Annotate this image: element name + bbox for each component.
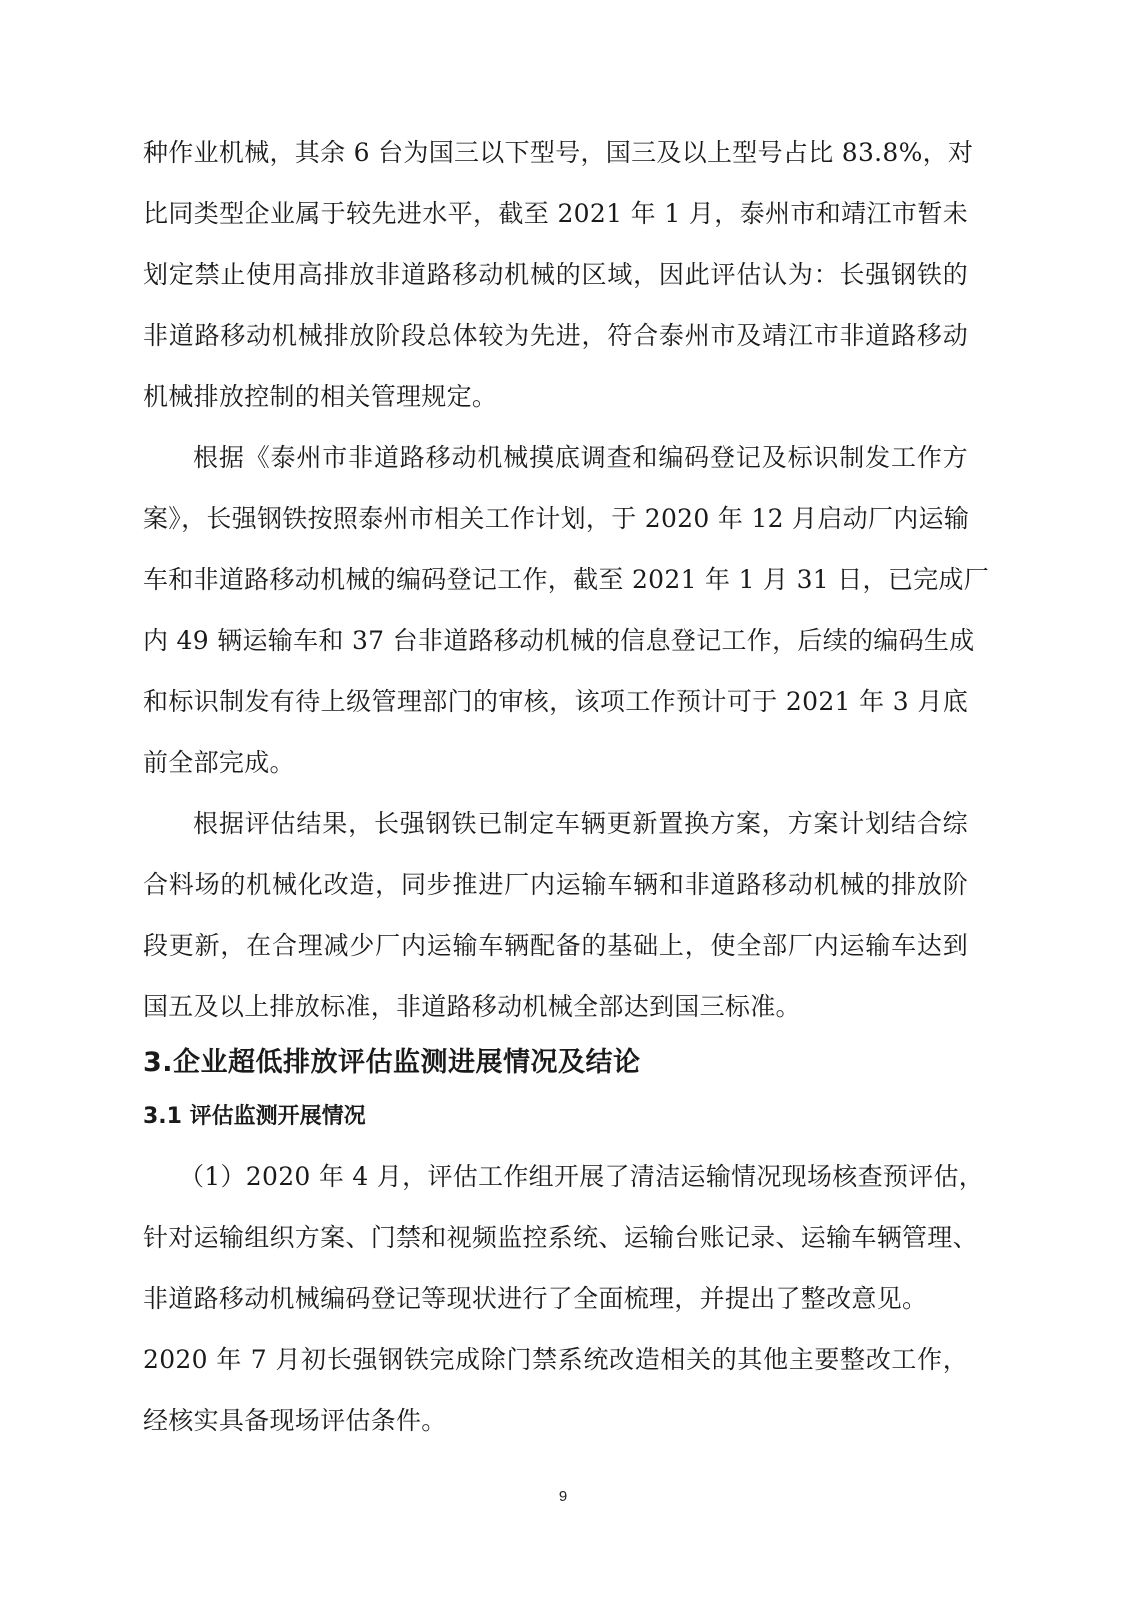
paragraph-line: 根据评估结果，长强钢铁已制定车辆更新置换方案，方案计划结合综	[193, 809, 968, 839]
paragraph-line: 非道路移动机械排放阶段总体较为先进，符合泰州市及靖江市非道路移动	[143, 321, 968, 351]
paragraph-line: 国五及以上排放标准，非道路移动机械全部达到国三标准。	[143, 992, 801, 1022]
paragraph-line: 针对运输组织方案、门禁和视频监控系统、运输台账记录、运输车辆管理、	[143, 1223, 968, 1253]
paragraph-line: 经核实具备现场评估条件。	[143, 1406, 447, 1436]
document-page: 种作业机械，其余 6 台为国三以下型号，国三及以上型号占比 83.8%，对 比同…	[0, 0, 1126, 1600]
paragraph-line: 比同类型企业属于较先进水平，截至 2021 年 1 月，泰州市和靖江市暂未	[143, 199, 968, 229]
paragraph-line: 根据《泰州市非道路移动机械摸底调查和编码登记及标识制发工作方	[193, 443, 968, 473]
subsection-heading: 3.1 评估监测开展情况	[143, 1103, 366, 1131]
paragraph-line: 和标识制发有待上级管理部门的审核，该项工作预计可于 2021 年 3 月底	[143, 687, 968, 717]
paragraph-line: 合料场的机械化改造，同步推进厂内运输车辆和非道路移动机械的排放阶	[143, 870, 968, 900]
page-number: 9	[0, 1488, 1126, 1505]
paragraph-line: 段更新，在合理减少厂内运输车辆配备的基础上，使全部厂内运输车达到	[143, 931, 968, 961]
paragraph-line: 非道路移动机械编码登记等现状进行了全面梳理，并提出了整改意见。	[143, 1284, 927, 1314]
paragraph-line: 2020 年 7 月初长强钢铁完成除门禁系统改造相关的其他主要整改工作，	[143, 1345, 968, 1375]
paragraph-line: 机械排放控制的相关管理规定。	[143, 382, 497, 412]
paragraph-line: （1）2020 年 4 月，评估工作组开展了清洁运输情况现场核查预评估，	[179, 1162, 968, 1192]
section-heading: 3.企业超低排放评估监测进展情况及结论	[143, 1047, 641, 1079]
paragraph-line: 案》，长强钢铁按照泰州市相关工作计划，于 2020 年 12 月启动厂内运输	[143, 504, 968, 534]
paragraph-line: 划定禁止使用高排放非道路移动机械的区域，因此评估认为：长强钢铁的	[143, 260, 968, 290]
paragraph-line: 前全部完成。	[143, 748, 295, 778]
paragraph-line: 种作业机械，其余 6 台为国三以下型号，国三及以上型号占比 83.8%，对	[143, 138, 968, 168]
paragraph-line: 车和非道路移动机械的编码登记工作，截至 2021 年 1 月 31 日，已完成厂	[143, 565, 968, 595]
paragraph-line: 内 49 辆运输车和 37 台非道路移动机械的信息登记工作，后续的编码生成	[143, 626, 968, 656]
